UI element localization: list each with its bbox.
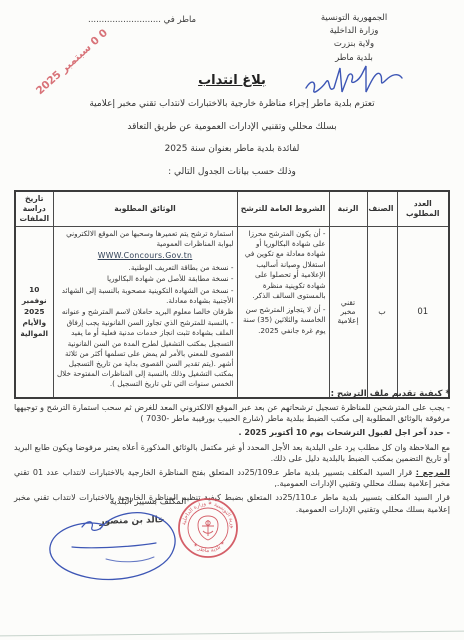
deadline-paragraph: - حدد آخر اجل لقبول الترشحات يوم 10 أكتو… xyxy=(14,427,450,438)
reference-label: المرجع : xyxy=(416,468,450,477)
stamp-bottom-text: ✶ بلدية ماطر ✶ xyxy=(191,539,227,554)
col-required-documents: الوثائق المطلوبة xyxy=(53,191,237,226)
reference-paragraph: المرجع : قرار السيد المكلف بتسيير بلدية … xyxy=(14,467,450,489)
reference-item: قرار السيد المكلف بتسيير بلدية ماطر عـ25… xyxy=(14,468,450,488)
note-paragraph: مع الملاحظة وان كل مطلب يرد على البلدية … xyxy=(14,442,450,464)
col-rank: الرتبة xyxy=(329,191,367,226)
col-review-date: تاريخ دراسة الملفات xyxy=(15,191,53,226)
intro-line: لفائدة بلدية ماطر بعنوان سنة 2025 xyxy=(0,144,464,154)
col-category: الصنف xyxy=(367,191,397,226)
intro-line: وذلك حسب بيانات الجدول التالي : xyxy=(0,167,464,177)
recruitment-table: العدد المطلوب الصنف الرتبة الشروط العامة… xyxy=(14,190,450,399)
submission-heading: * كيفية تقديم ملف الترشح : xyxy=(14,388,450,400)
col-required-count: العدد المطلوب xyxy=(397,191,449,226)
scanned-document-page: ماطر في ........................... 0 0 … xyxy=(0,0,464,640)
concours-portal-url: WWW.Concours.Gov.tn xyxy=(57,250,234,261)
stamp-emblem-icon xyxy=(198,516,218,540)
cell-rank: تقني مخبر إعلامية xyxy=(329,226,367,398)
intro-line: تعتزم بلدية ماطر إجراء مناظرة خارجية بال… xyxy=(0,99,464,109)
document-item: - نسخة مطابقة للأصل من شهادة البكالوريا xyxy=(57,274,234,284)
page-title: بلاغ انتداب xyxy=(0,73,464,88)
cell-review-date: 10 نوفمبر 2025 والأيام الموالية xyxy=(15,226,53,398)
document-item: - نسخة من الشهادة التكوينية مصحوبة بالنس… xyxy=(57,286,234,306)
submission-paragraph: - يجب على المترشحين للمناظرة تسجيل ترشحا… xyxy=(14,402,450,424)
municipal-round-stamp: الجمهورية التونسية ✶ وزارة الداخلية ✶ بل… xyxy=(176,496,240,560)
table-row: 01 ب تقني مخبر إعلامية - أن يكون المترشح… xyxy=(15,226,449,398)
letterhead-governorate: ولاية بنزرت xyxy=(282,38,426,51)
intro-line: بسلك محللي وتقنيي الإدارات العمومية عن ط… xyxy=(0,122,464,132)
cell-required-documents: استمارة ترشح يتم تعميرها وسحبها من الموق… xyxy=(53,226,237,398)
document-item: ظرفان خالصا معلوم البريد حاملان لاسم الم… xyxy=(57,307,234,317)
document-item: - بالنسبة للمترشح الذي تجاوز السن القانو… xyxy=(57,318,234,390)
document-item: استمارة ترشح يتم تعميرها وسحبها من الموق… xyxy=(57,229,234,249)
letterhead-ministry: وزارة الداخلية xyxy=(282,25,426,38)
letterhead-republic: الجمهورية التونسية xyxy=(282,12,426,25)
received-date-stamp: 0 0 سبتمبر 2025 xyxy=(31,24,113,100)
cell-required-count: 01 xyxy=(397,226,449,398)
condition-item: - أن لا يتجاوز المترشح سن الخامسة والثلا… xyxy=(241,305,326,336)
document-item: - نسخة من بطاقة التعريف الوطنية. xyxy=(57,263,234,273)
condition-item: - أن يكون المترشح محرزا على شهادة البكال… xyxy=(241,229,326,302)
scan-artifact-line xyxy=(0,631,464,637)
table-header-row: العدد المطلوب الصنف الرتبة الشروط العامة… xyxy=(15,191,449,226)
cell-general-conditions: - أن يكون المترشح محرزا على شهادة البكال… xyxy=(237,226,329,398)
intro-paragraphs: تعتزم بلدية ماطر إجراء مناظرة خارجية بال… xyxy=(0,99,464,189)
col-general-conditions: الشروط العامة للترشح xyxy=(237,191,329,226)
cell-category: ب xyxy=(367,226,397,398)
